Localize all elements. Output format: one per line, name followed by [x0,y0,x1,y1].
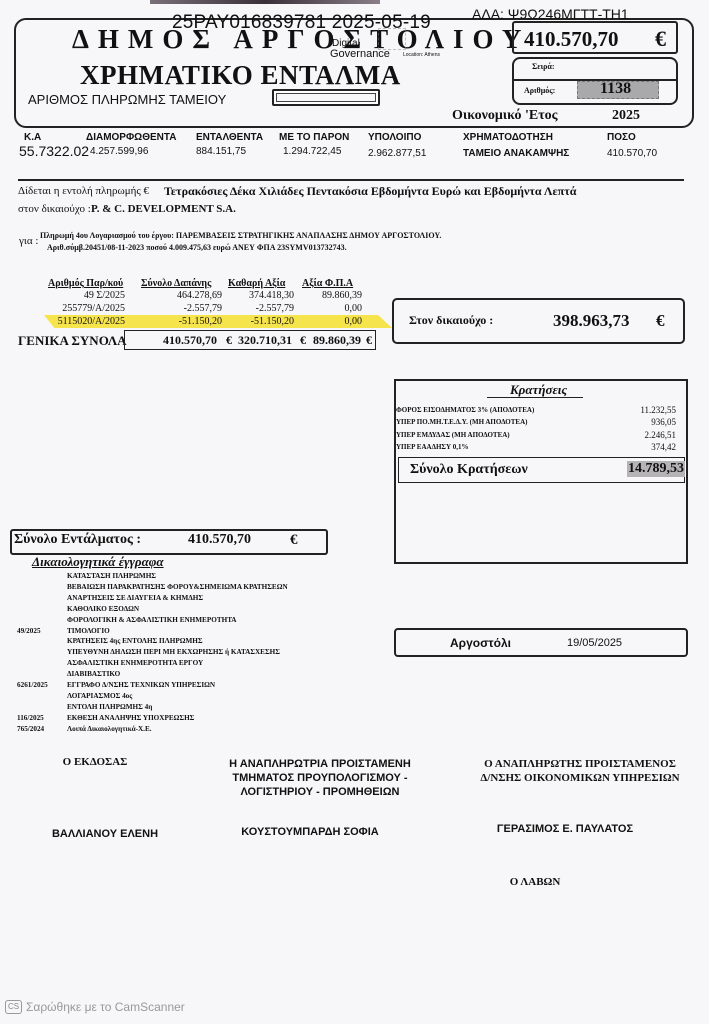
invoice-total: 464.278,69 [150,290,222,301]
number-label: Αριθμός: [524,86,555,95]
budget-header-current: ΜΕ ΤΟ ΠΑΡΟΝ [279,132,349,143]
retention-label: ΥΠΕΡ ΕΜΔΥΔΑΣ (ΜΗ ΑΠΟΔΟΤΕΑ) [396,431,510,439]
beneficiary-amount: 398.963,73 [553,311,630,331]
supporting-doc-item: ΚΑΘΟΛΙΚΟ ΕΞΟΔΩΝ [67,605,139,613]
supporting-doc-item: Λοιπά Δικαιολογητικά-Χ.Ε. [67,725,152,733]
invoice-vat: 0,00 [294,316,362,327]
invoice-net: -2.557,79 [222,303,294,314]
invoice-net: -51.150,20 [222,316,294,327]
retentions-total-value: 14.789,53 [627,461,685,477]
scan-edge [150,0,380,4]
invoice-total: -2.557,79 [150,303,222,314]
issuer-title: Ο ΕΚΔΟΣΑΣ [50,756,140,768]
place-date-box [394,628,688,657]
totals-net: 320.710,31 [238,333,292,348]
signature-location-label: Location: Athens [403,52,440,58]
retentions-total-label: Σύνολο Κρατήσεων [410,462,528,478]
euro-icon: € [656,311,665,331]
finance-head-title-2: Δ/ΝΣΗΣ ΟΙΚΟΝΟΜΙΚΩΝ ΥΠΗΡΕΣΙΩΝ [460,772,700,784]
signature-governance-label: Governance [330,48,390,60]
budget-header-funding: ΧΡΗΜΑΤΟΔΟΤΗΣΗ [463,132,553,143]
supporting-doc-item: ΦΟΡΟΛΟΓΙΚΗ & ΑΣΦΑΛΙΣΤΙΚΗ ΕΝΗΜΕΡΟΤΗΤΑ [67,616,237,624]
retention-value: 936,05 [651,417,676,427]
invoice-net: 374.418,30 [222,290,294,301]
euro-icon: € [300,333,306,348]
budget-head-title-2: ΤΜΗΜΑΤΟΣ ΠΡΟΥΠΟΛΟΓΙΣΜΟΥ - [220,772,420,784]
supporting-doc-item: ΚΑΤΑΣΤΑΣΗ ΠΛΗΡΩΜΗΣ [67,572,156,580]
budget-amount-value: 410.570,70 [607,148,657,159]
invoice-header-ref: Αριθμός Παρ/κού [48,278,123,289]
retention-label: ΥΠΕΡ ΠΟ.ΜΗ.Τ.Ε.Δ.Υ. (ΜΗ ΑΠΟΔΟΤΕΑ) [396,418,527,426]
supporting-doc-item: ΥΠΕΥΘΥΝΗ ΔΗΛΩΣΗ ΠΕΡΙ ΜΗ ΕΚΧΩΡΗΣΗΣ ή ΚΑΤΑ… [67,648,280,656]
document-id-overlay: 25PAY016839781 2025-05-19 [172,12,431,34]
totals-label: ΓΕΝΙΚΑ ΣΥΝΟΛΑ [18,333,127,349]
totals-total: 410.570,70 [163,333,217,348]
budget-ordered-value: 884.151,75 [196,146,246,157]
warrant-total-value: 410.570,70 [188,532,251,548]
amount-in-words: Τετρακόσιες Δέκα Χιλιάδες Πεντακόσια Εβδ… [164,184,576,199]
invoice-ref: 255779/Α/2025 [50,303,125,314]
budget-header-amount: ΠΟΣΟ [607,132,636,143]
warrant-total-label: Σύνολο Εντάλματος : [14,532,141,548]
divider [18,179,684,181]
fiscal-year: 2025 [612,108,640,124]
totals-vat: 89.860,39 [313,333,361,348]
supporting-doc-item: ΔΙΑΒΙΒΑΣΤΙΚΟ [67,670,120,678]
supporting-doc-item: ΒΕΒΑΙΩΣΗ ΠΑΡΑΚΡΑΤΗΣΗΣ ΦΟΡΟΥ&ΣΗΜΕΙΩΜΑ ΚΡΑ… [67,583,288,591]
retention-label: ΦΟΡΟΣ ΕΙΣΟΔΗΜΑΤΟΣ 3% (ΑΠΟΔΟΤΕΑ) [396,406,534,414]
supporting-doc-ref: 116/2025 [17,714,44,722]
budget-head-title-1: Η ΑΝΑΠΛΗΡΩΤΡΙΑ ΠΡΟΙΣΤΑΜΕΝΗ [220,758,420,770]
purpose-line-1: Πληρωμή 4ου Λογαριασμού του έργου: ΠΑΡΕΜ… [40,231,441,240]
invoice-ref: 49 Σ/2025 [60,290,125,301]
invoice-header-net: Καθαρή Αξία [228,278,285,289]
budget-header-ordered: ΕΝΤΑΛΘΕΝΤΑ [196,132,263,143]
beneficiary-label: στον δικαιούχο : [18,203,91,215]
payment-number-label: ΑΡΙΘΜΟΣ ΠΛΗΡΩΜΗΣ ΤΑΜΕΙΟΥ [28,92,226,107]
invoice-header-total: Σύνολο Δαπάνης [141,278,211,289]
ada-code: ΑΔΑ: Ψ9Ω246ΜΓΤΤ-ΤΗ1 [472,6,629,22]
order-label: Δίδεται η εντολή πληρωμής € [18,185,149,197]
euro-icon: € [290,532,298,549]
series-label: Σειρά: [532,62,555,71]
invoice-vat: 0,00 [294,303,362,314]
budget-head-name: ΚΟΥΣΤΟΥΜΠΑΡΔΗ ΣΟΦΙΑ [220,826,400,838]
supporting-docs-title: Δικαιολογητικά έγγραφα [32,554,164,570]
beneficiary-amount-label: Στον δικαιούχο : [409,313,493,328]
budget-header-ka: Κ.Α [24,132,41,143]
invoice-ref: 5115020/Α/2025 [50,316,125,327]
retention-value: 2.246,51 [645,430,677,440]
supporting-doc-ref: 6261/2025 [17,681,48,689]
date: 19/05/2025 [567,637,622,649]
purpose-label: για : [19,235,38,247]
payment-number-field [272,89,380,106]
budget-header-remaining: ΥΠΟΛΟΙΠΟ [368,132,421,143]
retention-value: 374,42 [651,442,676,452]
retention-label: ΥΠΕΡ ΕΑΑΔΗΣΥ 0,1% [396,443,469,451]
supporting-doc-item: ΕΝΤΟΛΗ ΠΛΗΡΩΜΗΣ 4η [67,703,152,711]
supporting-doc-item: ΑΣΦΑΛΙΣΤΙΚΗ ΕΝΗΜΕΡΟΤΗΤΑ ΕΡΓΟΥ [67,659,203,667]
beneficiary-name: P. & C. DEVELOPMENT S.A. [91,203,236,215]
budget-code: 55.7322.02 [19,143,89,159]
supporting-doc-item: ΤΙΜΟΛΟΓΙΟ [67,627,110,635]
fiscal-year-label: Οικονομικό 'Ετος [452,108,558,124]
invoice-vat: 89.860,39 [294,290,362,301]
supporting-doc-item: ΕΚΘΕΣΗ ΑΝΑΛΗΨΗΣ ΥΠΟΧΡΕΩΣΗΣ [67,714,194,722]
supporting-doc-ref: 765/2024 [17,725,44,733]
euro-icon: € [226,333,232,348]
header-amount-box: 410.570,70 € [512,21,678,54]
budget-funding-value: ΤΑΜΕΙΟ ΑΝΑΚΑΜΨΗΣ [463,148,569,159]
euro-icon: € [366,333,372,348]
budget-formed-value: 4.257.599,96 [90,146,148,157]
place: Αργοστόλι [450,636,511,650]
budget-current-value: 1.294.722,45 [283,146,341,157]
invoice-total: -51.150,20 [150,316,222,327]
camscanner-watermark: Σαρώθηκε με το CamScanner [26,1000,185,1014]
header-amount: 410.570,70 [524,27,619,52]
budget-head-title-3: ΛΟΓΙΣΤΗΡΙΟΥ - ΠΡΟΜΗΘΕΙΩΝ [220,786,420,798]
budget-header-formed: ΔΙΑΜΟΡΦΩΘΕΝΤΑ [86,132,176,143]
retentions-title: Κρατήσεις [510,382,567,398]
supporting-doc-item: ΑΝΑΡΤΗΣΕΙΣ ΣΕ ΔΙΑΥΓΕΙΑ & ΚΗΜΔΗΣ [67,594,203,602]
retention-value: 11.232,55 [640,405,676,415]
issuer-name: ΒΑΛΛΙΑΝΟΥ ΕΛΕΝΗ [30,828,180,840]
supporting-doc-item: ΛΟΓΑΡΙΑΣΜΟΣ 4ος [67,692,132,700]
recipient-title: Ο ΛΑΒΩΝ [490,876,580,888]
supporting-doc-item: ΕΓΓΡΑΦΟ Δ/ΝΣΗΣ ΤΕΧΝΙΚΩΝ ΥΠΗΡΕΣΙΩΝ [67,681,215,689]
divider [487,397,583,398]
finance-head-name: ΓΕΡΑΣΙΜΟΣ Ε. ΠΑΥΛΑΤΟΣ [475,823,655,835]
supporting-doc-item: ΚΡΑΤΗΣΕΙΣ 4ης ΕΝΤΟΛΗΣ ΠΛΗΡΩΜΗΣ [67,637,203,645]
finance-head-title-1: Ο ΑΝΑΠΛΗΡΩΤΗΣ ΠΡΟΙΣΤΑΜΕΝΟΣ [460,758,700,770]
camscanner-logo-icon: CS [5,1000,22,1014]
euro-icon: € [655,26,666,52]
supporting-doc-ref: 49/2025 [17,627,41,635]
warrant-number: 1138 [600,80,631,98]
invoice-header-vat: Αξία Φ.Π.Α [302,278,353,289]
purpose-line-2: Αριθ.σύμβ.20451/08-11-2023 ποσού 4.009.4… [47,243,347,252]
budget-remaining-value: 2.962.877,51 [368,148,426,159]
document-title: ΧΡΗΜΑΤΙΚΟ ΕΝΤΑΛΜΑ [80,60,401,91]
